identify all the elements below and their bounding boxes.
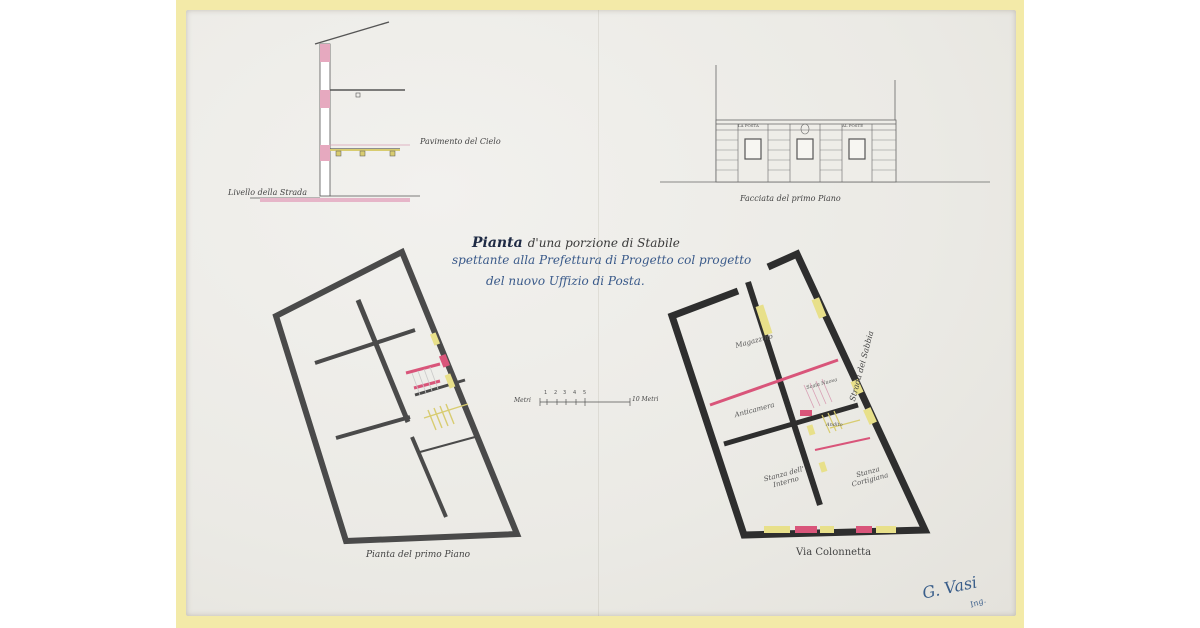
scale-right-label: 10 Metri (632, 396, 658, 403)
title-first-word: Pianta (472, 235, 523, 251)
elevation-drawing (660, 65, 990, 182)
plan-left (276, 252, 517, 541)
section-street-label: Livello della Strada (228, 188, 307, 197)
plan-right-caption: Via Colonnetta (796, 547, 871, 558)
section-drawing (250, 22, 420, 202)
scale-left-label: Metri (514, 397, 531, 404)
title-line-1-rest: d'una porzione di Stabile (528, 236, 680, 250)
scale-tick-2: 2 (554, 390, 557, 396)
elevation-caption: Facciata del primo Piano (740, 194, 841, 203)
room-label-andito: Andito (826, 422, 843, 428)
scale-bar (540, 398, 630, 406)
section-floor-label: Pavimento del Cielo (420, 137, 501, 146)
title-line-2: spettante alla Prefettura di Progetto co… (452, 253, 751, 267)
plan-left-caption: Pianta del primo Piano (366, 550, 470, 560)
title-line-1: Pianta d'una porzione di Stabile (472, 232, 680, 251)
scale-tick-3: 3 (563, 390, 566, 396)
title-line-3: del nuovo Uffizio di Posta. (486, 274, 645, 288)
elevation-sign-left: LA POSTA (738, 123, 759, 128)
scale-tick-4: 4 (573, 390, 576, 396)
scale-tick-1: 1 (544, 390, 547, 396)
scale-tick-5: 5 (583, 390, 586, 396)
plan-right (672, 254, 925, 535)
drawing-canvas (0, 0, 1200, 628)
elevation-sign-right: AL POSTE (842, 123, 863, 128)
